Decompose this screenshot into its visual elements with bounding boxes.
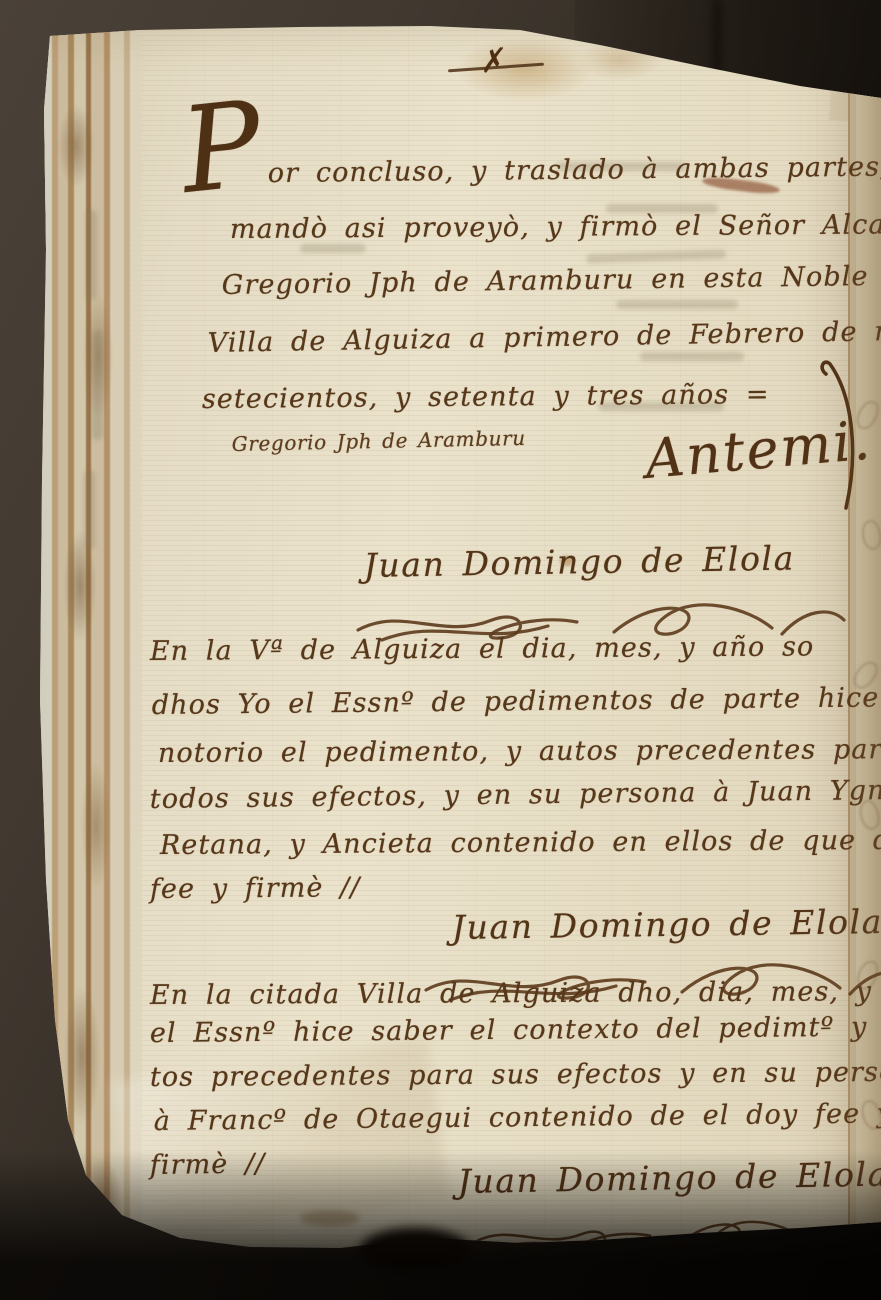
- manuscript-line: En la Vª de Alguiza el dia, mes, y año s…: [150, 631, 815, 667]
- clerk-name-line: Gregorio Jph de Aramburu: [231, 426, 525, 456]
- manuscript-line: Gregorio Jph de Aramburu en esta Noble: [222, 261, 869, 301]
- torn-gap: [360, 1228, 470, 1272]
- cross-mark: ✗: [476, 42, 507, 81]
- manuscript-line: notorio el pedimento, y autos precedente…: [158, 734, 881, 769]
- archive-photo: ✗ P or concluso, y traslado à ambas part…: [0, 0, 881, 1300]
- show-through-text: [616, 300, 738, 309]
- manuscript-line: firmè //: [150, 1148, 266, 1181]
- manuscript-line: En la citada Villa de Alguiza dho, dia, …: [150, 976, 881, 1011]
- manuscript-line: fee y firmè //: [150, 872, 361, 905]
- manuscript-line: setecientos, y setenta y tres años =: [202, 379, 770, 415]
- show-through-text: [586, 250, 726, 264]
- manuscript-line: mandò asi proveyò, y firmò el Señor Alca…: [230, 209, 881, 245]
- notary-signature: Juan Domingo de Elola: [363, 538, 795, 585]
- manuscript-line: dhos Yo el Essnº de pedimentos de parte …: [152, 682, 880, 721]
- manuscript-page: ✗ P or concluso, y traslado à ambas part…: [0, 0, 881, 1300]
- stacked-page-edges: [38, 26, 156, 1250]
- paper-stain: [560, 30, 680, 90]
- show-through-text: [640, 352, 744, 361]
- notary-signature: Juan Domingo de Elola: [451, 902, 881, 947]
- manuscript-line: el Essnº hice saber el contexto del pedi…: [150, 1011, 881, 1049]
- show-through-text: [300, 244, 366, 253]
- manuscript-line: tos precedentes para sus efectos y en su…: [150, 1057, 881, 1093]
- manuscript-line: à Francº de Otaegui contenido de el doy …: [154, 1098, 881, 1137]
- manuscript-line: Retana, y Ancieta contenido en ellos de …: [160, 825, 881, 861]
- manuscript-line: todos sus efectos, y en su persona à Jua…: [150, 774, 881, 815]
- manuscript-line: or concluso, y traslado à ambas partes; …: [268, 151, 881, 189]
- manuscript-line: Villa de Alguiza a primero de Febrero de…: [207, 316, 881, 359]
- decorated-initial: P: [176, 84, 267, 210]
- pen-flourish: [812, 360, 856, 510]
